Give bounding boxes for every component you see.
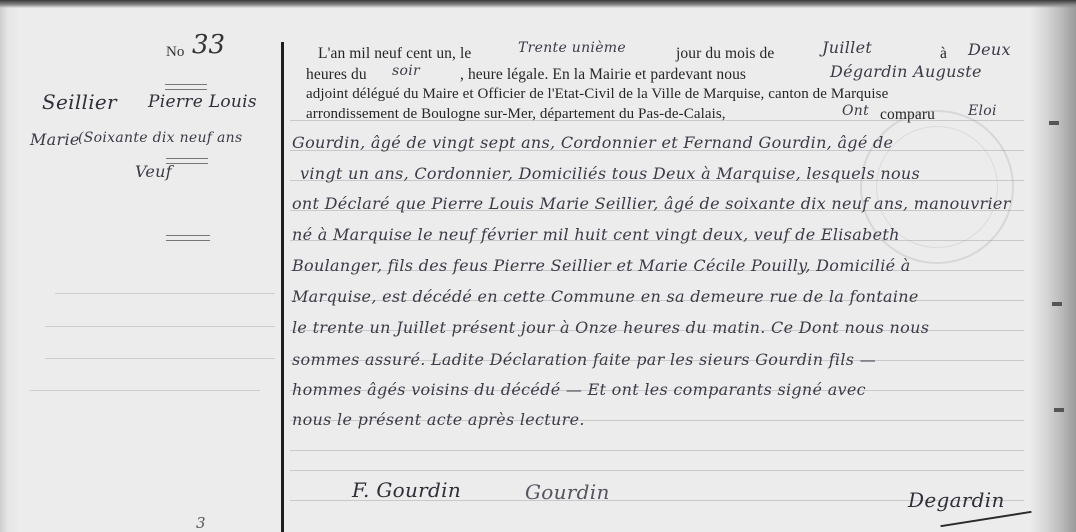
- ruled-line: [290, 470, 1024, 471]
- book-top-edge: [0, 0, 1076, 8]
- field-ont: Ont: [842, 103, 869, 119]
- body-line: sommes assuré. Ladite Déclaration faite …: [292, 350, 876, 369]
- field-day: Trente unième: [518, 40, 626, 56]
- record-number-label: No: [166, 44, 184, 61]
- bleed-through-line: [30, 390, 260, 391]
- margin-given-names: Pierre Louis: [148, 92, 257, 112]
- field-officer: Dégardin Auguste: [830, 62, 982, 81]
- margin-vertical-rule: [281, 42, 284, 532]
- margin-age-note: (Soixante dix neuf ans: [78, 130, 242, 146]
- bleed-through-line: [55, 293, 275, 294]
- body-line: Boulanger, fils des feus Pierre Seillier…: [292, 256, 911, 275]
- margin-surname: Seillier: [42, 90, 117, 114]
- field-month: Juillet: [822, 38, 872, 57]
- printed-line-2b: , heure légale. En la Mairie et pardevan…: [460, 66, 746, 84]
- body-line: Gourdin, âgé de vingt sept ans, Cordonni…: [292, 133, 893, 152]
- body-line: ont Déclaré que Pierre Louis Marie Seill…: [292, 194, 1011, 213]
- margin-double-underline: [166, 235, 210, 241]
- page-tab-mark: [1052, 302, 1062, 306]
- record-number: 33: [192, 30, 225, 60]
- bottom-margin-number: 3: [196, 514, 206, 532]
- signature-underline: [940, 511, 1031, 527]
- page-tab-mark: [1049, 121, 1059, 125]
- ruled-line: [290, 450, 1024, 451]
- margin-status: Veuf: [135, 162, 172, 181]
- field-witness-given: Eloi: [968, 103, 997, 119]
- page-tab-mark: [1054, 408, 1064, 412]
- signature-witness-2: Gourdin: [525, 480, 610, 504]
- printed-line-1b: jour du mois de: [676, 45, 774, 63]
- body-line: né à Marquise le neuf février mil huit c…: [292, 225, 900, 244]
- body-line: nous le présent acte après lecture.: [292, 410, 585, 429]
- printed-line-3: adjoint délégué du Maire et Officier de …: [306, 86, 888, 103]
- register-page-scan: No 33 Seillier Pierre Louis Marie (Soixa…: [0, 0, 1076, 532]
- printed-line-4b: comparu: [880, 106, 935, 124]
- signature-witness-1: F. Gourdin: [352, 478, 461, 502]
- printed-line-2a: heures du: [306, 66, 367, 84]
- body-line: le trente un Juillet présent jour à Onze…: [292, 318, 929, 337]
- body-line: hommes âgés voisins du décédé — Et ont l…: [292, 380, 866, 399]
- margin-double-underline: [165, 84, 207, 90]
- margin-given-names-2: Marie: [30, 130, 80, 149]
- signature-officer: Degardin: [908, 488, 1005, 512]
- body-line: Marquise, est décédé en cette Commune en…: [292, 287, 919, 306]
- printed-line-4a: arrondissement de Boulogne sur-Mer, dépa…: [306, 106, 726, 123]
- printed-line-1a: L'an mil neuf cent un, le: [318, 45, 471, 63]
- body-line: vingt un ans, Cordonnier, Domiciliés tou…: [300, 164, 920, 183]
- field-period: soir: [392, 63, 420, 79]
- bleed-through-line: [45, 326, 275, 327]
- field-hour: Deux: [968, 40, 1011, 59]
- printed-line-1c: à: [940, 45, 947, 63]
- margin-double-underline: [166, 158, 208, 164]
- bleed-through-line: [45, 358, 275, 359]
